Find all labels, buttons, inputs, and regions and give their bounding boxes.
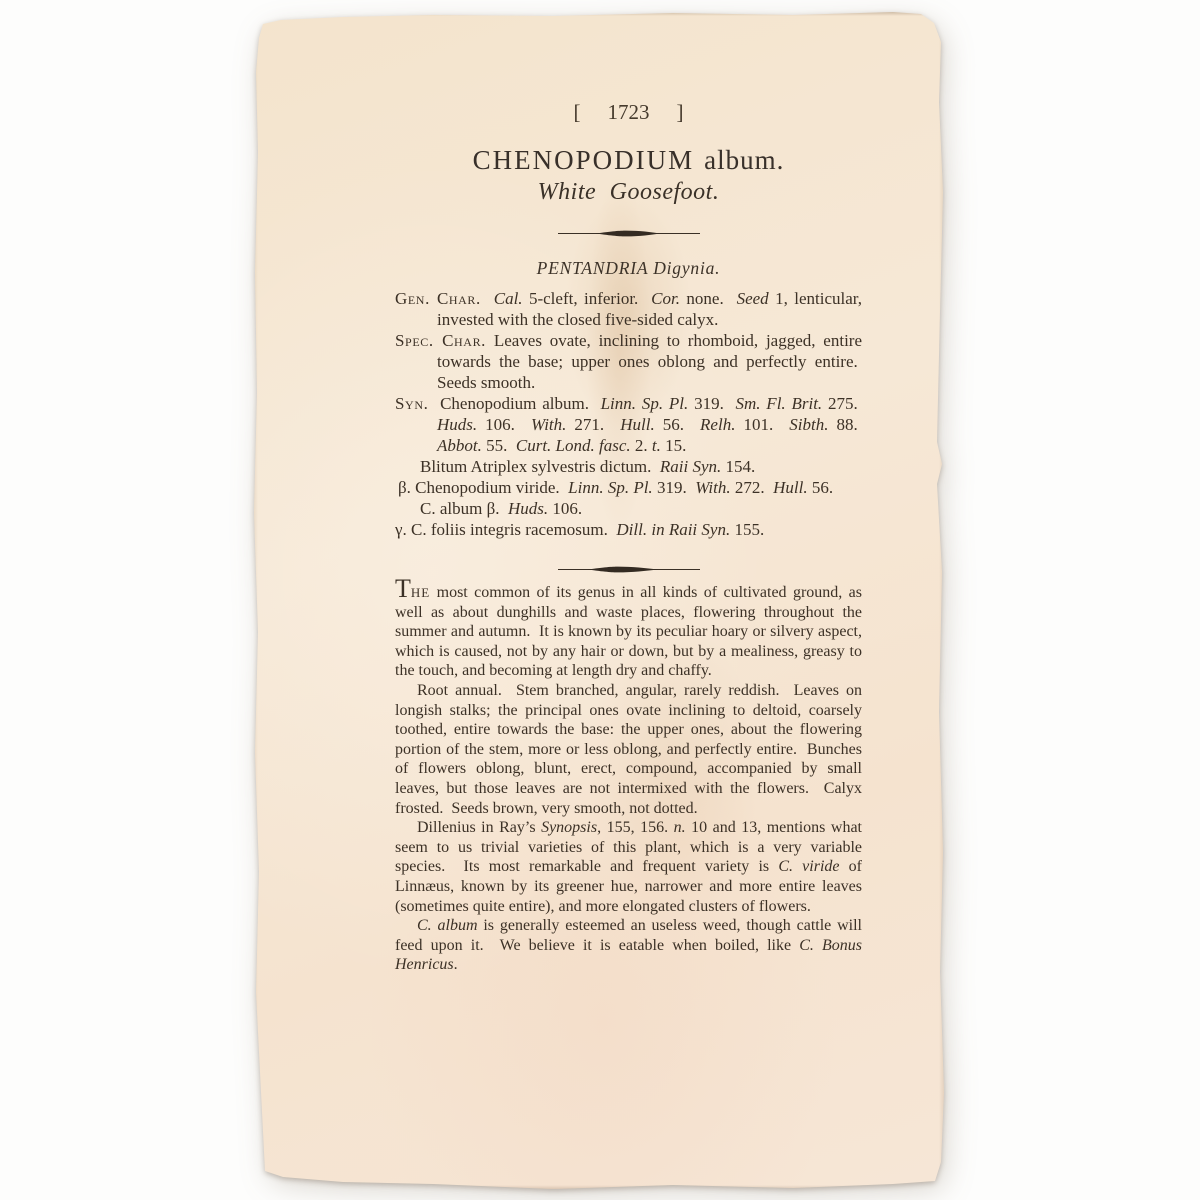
species-epithet: album. <box>704 145 784 175</box>
synonyms-entry: Syn. Chenopodium album. Linn. Sp. Pl. 31… <box>395 393 862 456</box>
description-paragraph-1: THE most common of its genus in all kind… <box>395 583 862 681</box>
scanned-page-wrapper: [ 1723 ] CHENOPODIUMalbum. White Goosefo… <box>253 12 944 1189</box>
c-album-beta-line: C. album β. Huds. 106. <box>395 498 862 519</box>
classification-heading: PENTANDRIA Digynia. <box>395 258 862 279</box>
folio-open-bracket: [ <box>574 100 581 125</box>
folio-close-bracket: ] <box>677 100 684 125</box>
ornament-rule-middle <box>395 565 862 574</box>
common-name: White Goosefoot. <box>395 179 862 206</box>
description-paragraph-4: C. album is generally esteemed an useles… <box>395 916 862 975</box>
folio-number: 1723 <box>608 100 650 125</box>
page-number: [ 1723 ] <box>395 100 862 125</box>
blitum-synonym-line: Blitum Atriplex sylvestris dictum. Raii … <box>395 456 862 477</box>
description-paragraph-3: Dillenius in Ray’s Synopsis, 155, 156. n… <box>395 818 862 916</box>
specific-character-entry: Spec. Char. Leaves ovate, inclining to r… <box>395 330 862 393</box>
spindle-rule-icon <box>558 565 700 574</box>
variety-beta-entry: β. Chenopodium viride. Linn. Sp. Pl. 319… <box>395 477 862 498</box>
ornament-rule-top <box>395 229 862 238</box>
spindle-rule-icon <box>558 229 700 238</box>
synonymy-block: Gen. Char. Cal. 5-cleft, inferior. Cor. … <box>395 288 862 540</box>
description-paragraph-2: Root annual. Stem branched, angular, rar… <box>395 681 862 818</box>
species-title: CHENOPODIUMalbum. <box>395 145 862 176</box>
variety-gamma-entry: γ. C. foliis integris racemosum. Dill. i… <box>395 519 862 540</box>
page-sheet: [ 1723 ] CHENOPODIUMalbum. White Goosefo… <box>253 12 944 1189</box>
generic-character-entry: Gen. Char. Cal. 5-cleft, inferior. Cor. … <box>395 288 862 330</box>
genus-name: CHENOPODIUM <box>473 145 695 175</box>
description-text: THE most common of its genus in all kind… <box>395 583 862 975</box>
page-content: [ 1723 ] CHENOPODIUMalbum. White Goosefo… <box>253 12 944 975</box>
